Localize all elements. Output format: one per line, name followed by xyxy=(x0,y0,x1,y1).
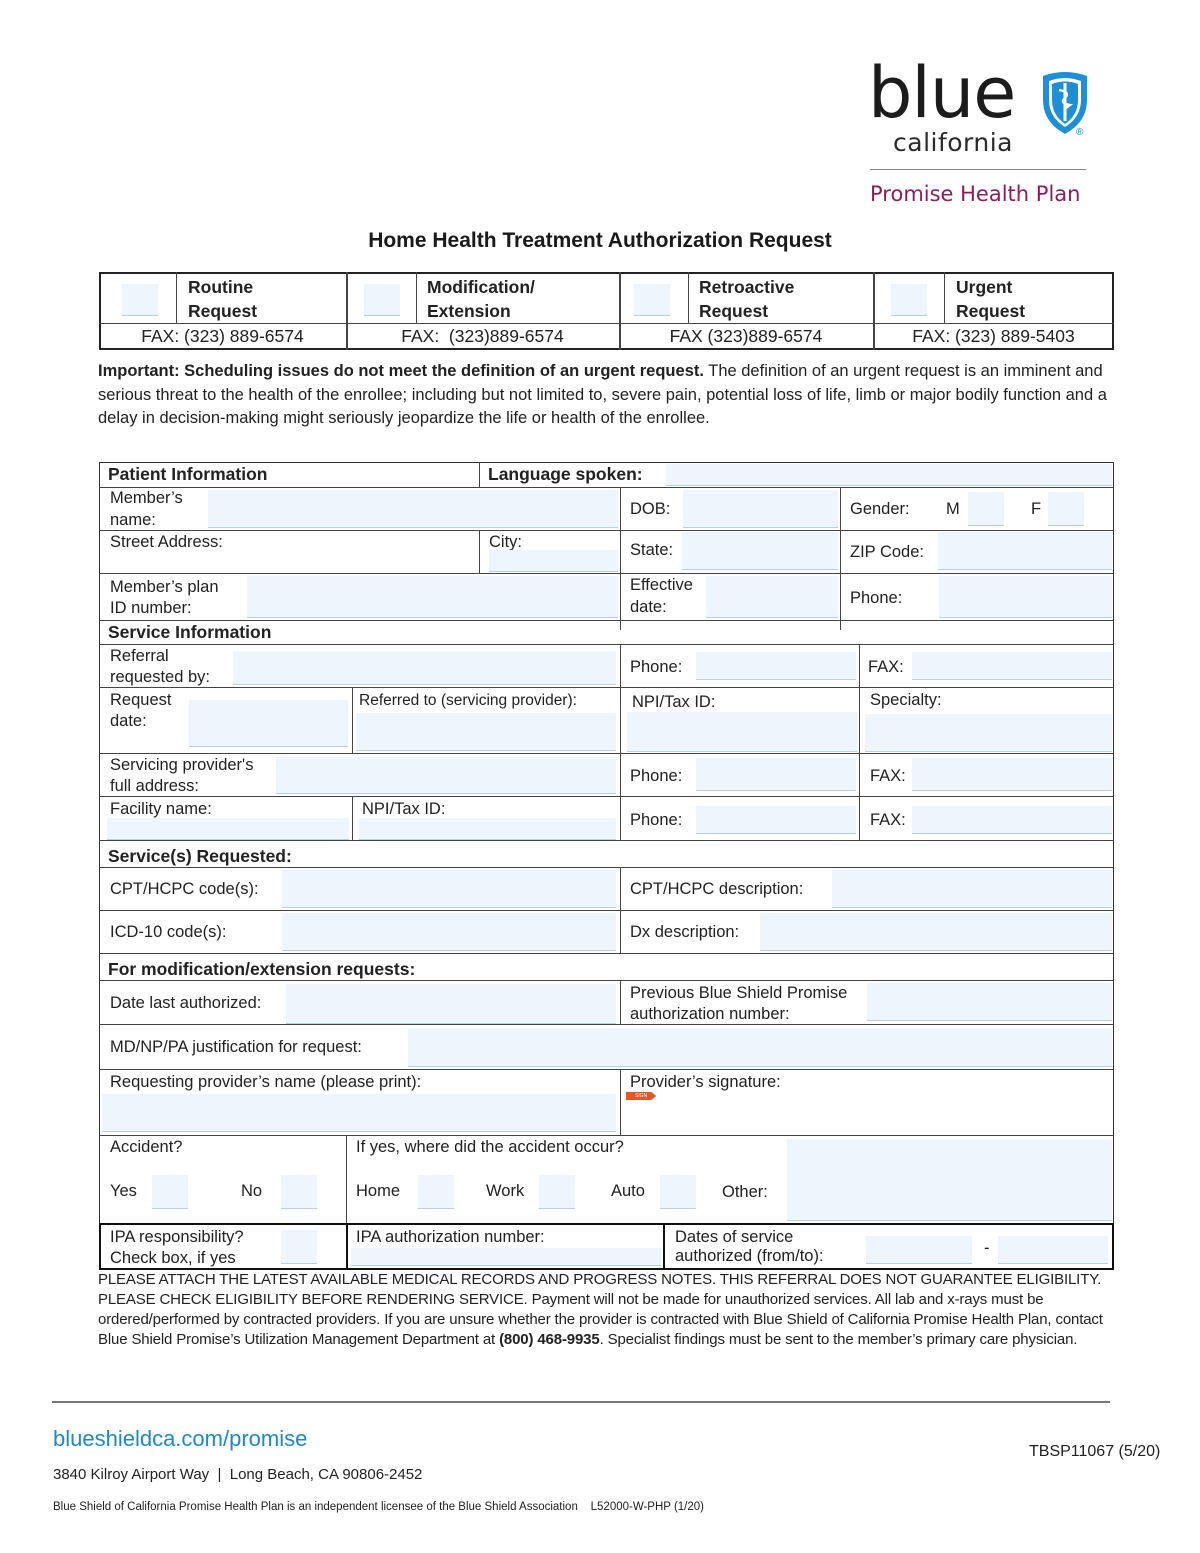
zip-field[interactable] xyxy=(938,532,1112,570)
logo-plan-name: Promise Health Plan xyxy=(870,181,1080,207)
accident-other-field[interactable] xyxy=(787,1139,1112,1221)
date-last-authorized-field[interactable] xyxy=(286,984,616,1024)
language-field[interactable] xyxy=(666,464,1112,486)
accident-auto-label: Auto xyxy=(611,1181,645,1202)
provider-address-label-2: full address: xyxy=(110,776,199,797)
dob-field[interactable] xyxy=(683,490,838,528)
npi-label: NPI/Tax ID: xyxy=(632,692,715,713)
urgent-request-checkbox[interactable] xyxy=(891,284,927,316)
referral-label-1: Referral xyxy=(110,646,169,667)
facility-npi-label: NPI/Tax ID: xyxy=(362,799,445,820)
dates-of-service-label-1: Dates of service xyxy=(675,1227,793,1248)
prev-auth-label-1: Previous Blue Shield Promise xyxy=(630,983,847,1004)
ipa-responsibility-checkbox[interactable] xyxy=(281,1230,317,1264)
referred-to-label: Referred to (servicing provider): xyxy=(359,690,577,711)
referral-fax-label: FAX: xyxy=(868,657,904,678)
justification-field[interactable] xyxy=(408,1029,1112,1067)
accident-work-label: Work xyxy=(486,1181,524,1202)
facility-phone-field[interactable] xyxy=(696,806,856,834)
facility-name-field[interactable] xyxy=(107,818,349,840)
urgent-label-2: Request xyxy=(956,301,1025,322)
referral-label-2: requested by: xyxy=(110,667,210,688)
request-date-label-1: Request xyxy=(110,690,171,711)
provider-signature-label: Provider’s signature: xyxy=(630,1072,781,1093)
date-last-authorized-label: Date last authorized: xyxy=(110,993,261,1014)
plan-id-label-2: ID number: xyxy=(110,598,192,619)
important-bold: Important: Scheduling issues do not meet… xyxy=(98,362,704,380)
routine-label-1: Routine xyxy=(188,277,253,298)
icd10-codes-label: ICD-10 code(s): xyxy=(110,922,226,943)
dates-to-field[interactable] xyxy=(998,1236,1108,1264)
referral-fax-field[interactable] xyxy=(912,652,1112,680)
member-name-label-2: name: xyxy=(110,510,156,531)
cpt-codes-field[interactable] xyxy=(282,870,616,908)
modification-heading: For modification/extension requests: xyxy=(108,959,415,980)
specialty-label: Specialty: xyxy=(870,690,942,711)
dx-description-field[interactable] xyxy=(760,913,1112,951)
plan-id-field[interactable] xyxy=(247,576,618,618)
ipa-auth-number-label: IPA authorization number: xyxy=(356,1227,545,1248)
provider-fax-field[interactable] xyxy=(912,758,1112,791)
zip-label: ZIP Code: xyxy=(850,542,924,563)
routine-request-checkbox[interactable] xyxy=(122,284,158,316)
request-date-field[interactable] xyxy=(189,700,348,747)
modification-request-checkbox[interactable] xyxy=(364,284,400,316)
accident-home-label: Home xyxy=(356,1181,400,1202)
eligibility-notice: PLEASE ATTACH THE LATEST AVAILABLE MEDIC… xyxy=(98,1270,1108,1350)
street-address-label: Street Address: xyxy=(110,532,223,553)
urgent-fax: FAX: (323) 889-5403 xyxy=(873,326,1114,347)
logo-divider xyxy=(870,169,1086,170)
effective-date-label-2: date: xyxy=(630,597,667,618)
accident-no-checkbox[interactable] xyxy=(281,1175,317,1209)
services-requested-heading: Service(s) Requested: xyxy=(108,846,292,867)
logo-wordmark: blue xyxy=(868,58,1015,128)
routine-label-2: Request xyxy=(188,301,257,322)
gender-m-label: M xyxy=(946,499,960,520)
provider-fax-label: FAX: xyxy=(870,766,906,787)
logo-subtitle: california xyxy=(893,128,1013,158)
um-phone: (800) 468-9935 xyxy=(499,1331,599,1348)
dx-description-label: Dx description: xyxy=(630,922,739,943)
provider-phone-field[interactable] xyxy=(696,758,856,791)
dates-of-service-label-2: authorized (from/to): xyxy=(675,1246,824,1267)
accident-where-label: If yes, where did the accident occur? xyxy=(356,1137,624,1158)
modification-label-1: Modification/ xyxy=(427,277,535,298)
request-date-label-2: date: xyxy=(110,711,147,732)
gender-m-checkbox[interactable] xyxy=(968,492,1004,526)
footer-address: 3840 Kilroy Airport Way | Long Beach, CA… xyxy=(53,1464,422,1485)
notice-part-2: . Specialist findings must be sent to th… xyxy=(600,1331,1078,1348)
provider-signature-field[interactable] xyxy=(622,1094,1112,1134)
prev-auth-number-field[interactable] xyxy=(867,983,1112,1021)
accident-yes-checkbox[interactable] xyxy=(152,1175,188,1209)
accident-home-checkbox[interactable] xyxy=(418,1175,454,1209)
specialty-field[interactable] xyxy=(865,714,1112,752)
cpt-description-label: CPT/HCPC description: xyxy=(630,879,803,900)
city-field[interactable] xyxy=(489,550,618,572)
accident-work-checkbox[interactable] xyxy=(539,1175,575,1209)
provider-name-label: Requesting provider’s name (please print… xyxy=(110,1072,421,1093)
facility-phone-label: Phone: xyxy=(630,810,682,831)
referral-phone-label: Phone: xyxy=(630,657,682,678)
accident-auto-checkbox[interactable] xyxy=(660,1175,696,1209)
dates-separator: - xyxy=(984,1238,990,1259)
footer-licensee: Blue Shield of California Promise Health… xyxy=(53,1497,704,1518)
retroactive-fax: FAX (323)889-6574 xyxy=(619,326,873,347)
page-title: Home Health Treatment Authorization Requ… xyxy=(0,229,1200,253)
retroactive-request-checkbox[interactable] xyxy=(634,284,670,316)
footer-website-link[interactable]: blueshieldca.com/promise xyxy=(53,1426,307,1452)
ipa-auth-number-field[interactable] xyxy=(351,1248,661,1266)
cpt-codes-label: CPT/HCPC code(s): xyxy=(110,879,259,900)
referral-requested-by-field[interactable] xyxy=(233,651,616,685)
referred-to-field[interactable] xyxy=(356,713,616,751)
retroactive-label-1: Retroactive xyxy=(699,277,794,298)
accident-other-label: Other: xyxy=(722,1182,768,1203)
patient-info-heading: Patient Information xyxy=(108,464,267,485)
service-info-heading: Service Information xyxy=(108,622,271,643)
modification-label-2: Extension xyxy=(427,301,511,322)
provider-address-label-1: Servicing provider's xyxy=(110,755,253,776)
referral-phone-field[interactable] xyxy=(696,652,856,680)
accident-label: Accident? xyxy=(110,1137,182,1158)
accident-no-label: No xyxy=(241,1181,262,1202)
effective-date-field[interactable] xyxy=(706,576,838,618)
retroactive-label-2: Request xyxy=(699,301,768,322)
state-label: State: xyxy=(630,540,673,561)
justification-label: MD/NP/PA justification for request: xyxy=(110,1037,362,1058)
patient-phone-field[interactable] xyxy=(939,576,1112,618)
provider-address-field[interactable] xyxy=(276,757,616,794)
registered-mark: ® xyxy=(1076,127,1083,138)
routine-fax: FAX: (323) 889-6574 xyxy=(99,326,346,347)
icd10-codes-field[interactable] xyxy=(282,913,616,951)
phone-label: Phone: xyxy=(850,588,902,609)
dates-from-field[interactable] xyxy=(866,1236,972,1264)
plan-id-label-1: Member’s plan xyxy=(110,577,219,598)
facility-npi-field[interactable] xyxy=(359,818,616,840)
accident-yes-label: Yes xyxy=(110,1181,137,1202)
facility-fax-label: FAX: xyxy=(870,810,906,831)
dob-label: DOB: xyxy=(630,499,670,520)
effective-date-label-1: Effective xyxy=(630,575,693,596)
npi-field[interactable] xyxy=(627,712,857,752)
gender-label: Gender: xyxy=(850,499,910,520)
important-notice: Important: Scheduling issues do not meet… xyxy=(98,360,1108,431)
facility-fax-field[interactable] xyxy=(912,806,1112,834)
member-name-label-1: Member’s xyxy=(110,488,183,509)
facility-name-label: Facility name: xyxy=(110,799,212,820)
gender-f-checkbox[interactable] xyxy=(1048,492,1084,526)
ipa-responsibility-label-1: IPA responsibility? xyxy=(110,1227,244,1248)
state-field[interactable] xyxy=(682,532,838,570)
urgent-label-1: Urgent xyxy=(956,277,1012,298)
language-label: Language spoken: xyxy=(488,464,643,485)
ipa-responsibility-label-2: Check box, if yes xyxy=(110,1248,236,1269)
gender-f-label: F xyxy=(1031,499,1041,520)
form-code: TBSP11067 (5/20) xyxy=(1029,1441,1160,1462)
provider-phone-label: Phone: xyxy=(630,766,682,787)
footer-divider xyxy=(52,1401,1110,1403)
modification-fax: FAX: (323)889-6574 xyxy=(346,326,619,347)
member-name-field[interactable] xyxy=(208,490,618,528)
prev-auth-label-2: authorization number: xyxy=(630,1004,790,1025)
cpt-description-field[interactable] xyxy=(832,870,1112,908)
provider-name-field[interactable] xyxy=(102,1094,616,1132)
